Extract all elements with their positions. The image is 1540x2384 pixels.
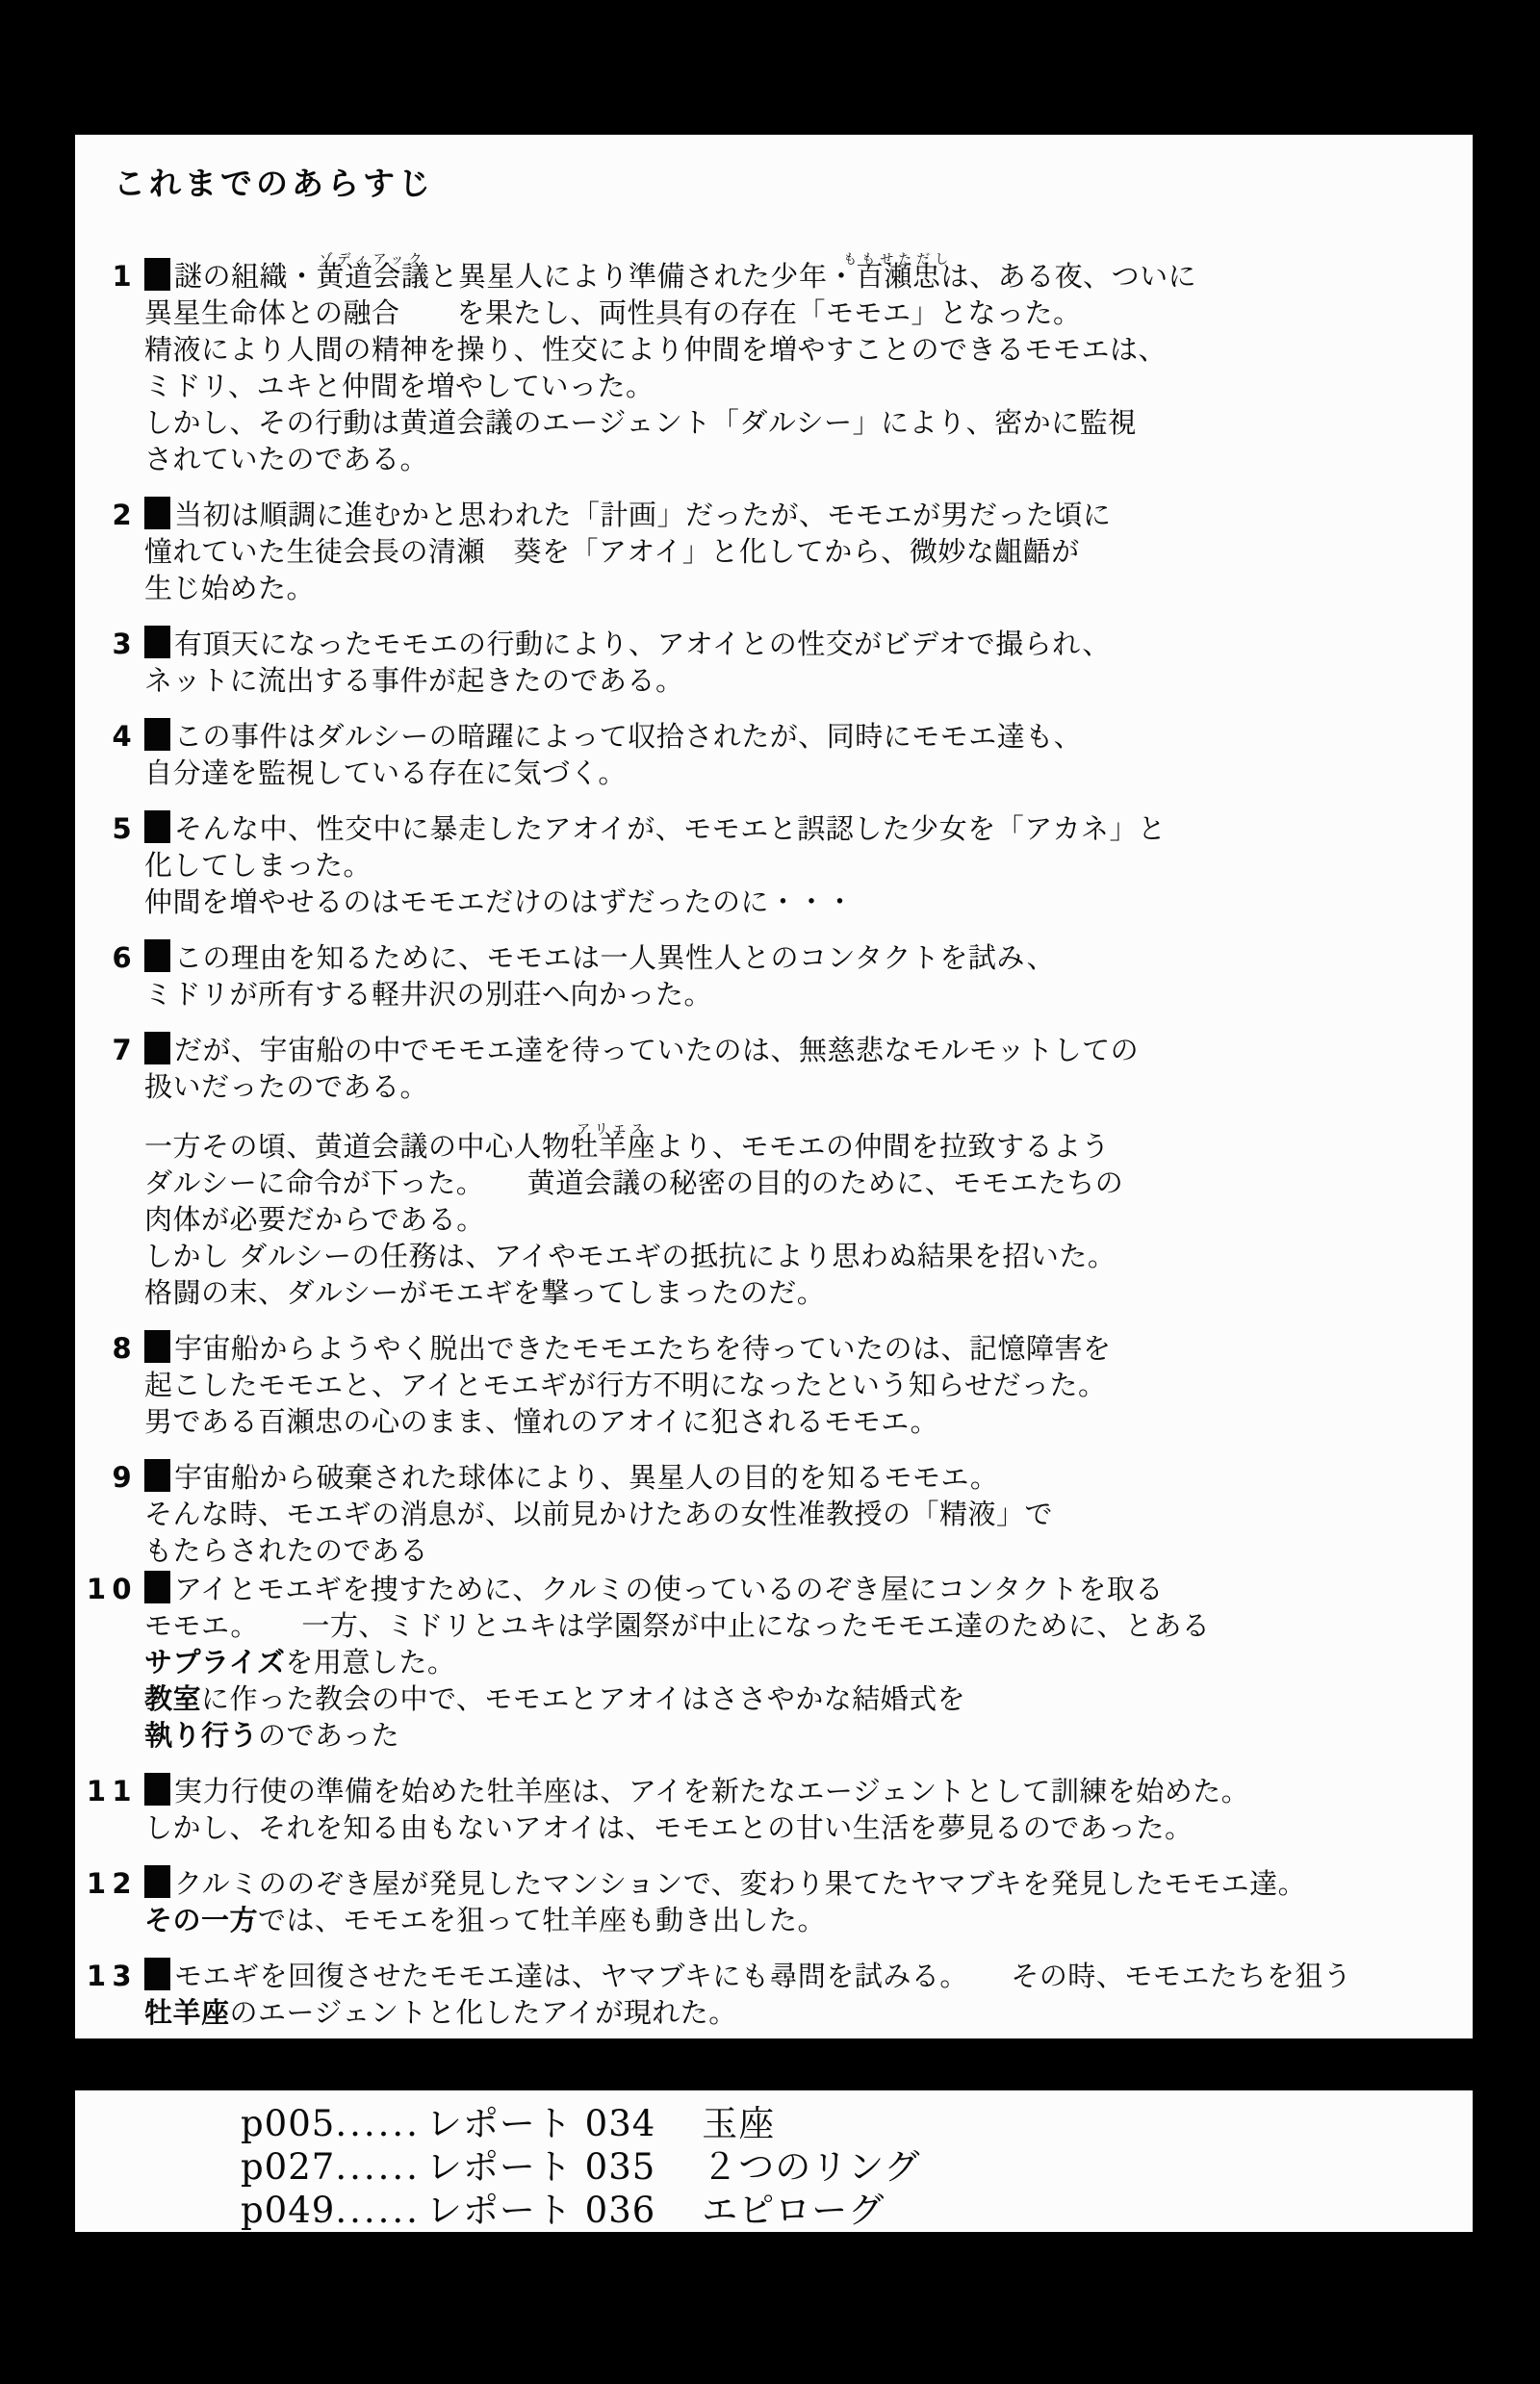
- scan-background: { "page": { "background": "#000000", "pa…: [0, 0, 1540, 2384]
- toc-row: p005......レポート 034玉座: [241, 2102, 1473, 2145]
- synopsis-line: 一方その頃、黄道会議の中心人物牡羊座アリエスより、モモエの仲間を拉致するよう: [144, 1128, 1438, 1165]
- synopsis-line: 男である百瀬忠の心のまま、憧れのアオイに犯されるモモエ。: [144, 1403, 1438, 1440]
- bullet-square-icon: [144, 258, 170, 291]
- text-run: サプライズ: [144, 1646, 285, 1679]
- page-title: これまでのあらすじ: [114, 166, 1438, 202]
- text-run: のであった: [258, 1719, 399, 1752]
- synopsis-line: 宇宙船からようやく脱出できたモモエたちを待っていたのは、記憶障害を: [144, 1330, 1438, 1367]
- paragraph-number: 8: [112, 1330, 138, 1367]
- text-run: は、ある夜、ついに: [941, 260, 1197, 293]
- ruby-annotated-text: 黄道会議ゾディアック: [317, 258, 430, 295]
- paragraph-number: 6: [112, 939, 138, 976]
- synopsis-paragraph: 8宇宙船からようやく脱出できたモモエたちを待っていたのは、記憶障害を起こしたモモ…: [144, 1330, 1438, 1440]
- furigana-reading: アリエス: [577, 1112, 649, 1148]
- text-run: 格闘の末、ダルシーがモエギを撃ってしまったのだ。: [144, 1276, 825, 1309]
- bullet-square-icon: [144, 1032, 170, 1064]
- text-run: 異星生命体との融合 を果たし、両性具有の存在「モモエ」となった。: [144, 296, 1082, 329]
- toc-page-number: p027: [241, 2146, 335, 2188]
- text-run: 男である百瀬忠の心のまま、憧れのアオイに犯されるモモエ。: [144, 1405, 938, 1438]
- synopsis-line: 生じ始めた。: [144, 570, 1438, 606]
- text-run: 一方その頃、黄道会議の中心人物: [144, 1130, 571, 1163]
- synopsis-paragraph: 9宇宙船から破棄された球体により、異星人の目的を知るモモエ。そんな時、モエギの消…: [144, 1459, 1438, 1569]
- bullet-square-icon: [144, 1958, 170, 1990]
- synopsis-line: ネットに流出する事件が起きたのである。: [144, 662, 1438, 699]
- synopsis-line: 謎の組織・黄道会議ゾディアックと異星人により準備された少年・百瀬忠ももせただしは…: [144, 258, 1438, 295]
- text-run: 扱いだったのである。: [144, 1070, 428, 1103]
- synopsis-line: 教室に作った教会の中で、モモエとアオイはささやかな結婚式を: [144, 1680, 1438, 1717]
- synopsis-line: されていたのである。: [144, 441, 1438, 477]
- synopsis-paragraph: 2当初は順調に進むかと思われた「計画」だったが、モモエが男だった頃に憧れていた生…: [144, 497, 1438, 606]
- text-run: 精液により人間の精神を操り、性交により仲間を増やすことのできるモモエは、: [144, 333, 1167, 366]
- synopsis-paragraph: 4この事件はダルシーの暗躍によって収拾されたが、同時にモモエ達も、自分達を監視し…: [144, 718, 1438, 791]
- bullet-square-icon: [144, 939, 170, 972]
- text-run: に作った教会の中で、モモエとアオイはささやかな結婚式を: [201, 1682, 965, 1715]
- paragraph-number: 9: [112, 1459, 138, 1496]
- text-run: 執り行う: [144, 1719, 258, 1752]
- furigana-reading: ゾディアック: [320, 242, 427, 278]
- synopsis-paragraph: 12クルミののぞき屋が発見したマンションで、変わり果てたヤマブキを発見したモモエ…: [144, 1865, 1438, 1938]
- toc-row-list: p005......レポート 034玉座p027......レポート 035２つ…: [241, 2102, 1473, 2232]
- synopsis-line: 精液により人間の精神を操り、性交により仲間を増やすことのできるモモエは、: [144, 331, 1438, 368]
- synopsis-line: 格闘の末、ダルシーがモエギを撃ってしまったのだ。: [144, 1274, 1438, 1311]
- toc-chapter-title: エピローグ: [702, 2190, 885, 2231]
- text-run: 仲間を増やせるのはモモエだけのはずだったのに・・・: [144, 885, 855, 918]
- synopsis-paragraph: 10アイとモエギを捜すために、クルミの使っているのぞき屋にコンタクトを取るモモエ…: [144, 1571, 1438, 1754]
- synopsis-line: 当初は順調に進むかと思われた「計画」だったが、モモエが男だった頃に: [144, 497, 1438, 533]
- synopsis-paragraph: 11実力行使の準備を始めた牡羊座は、アイを新たなエージェントとして訓練を始めた。…: [144, 1773, 1438, 1846]
- synopsis-paragraph: 13モエギを回復させたモモエ達は、ヤマブキにも尋問を試みる。 その時、モモエたち…: [144, 1958, 1438, 2031]
- text-run: アイとモエギを捜すために、クルミの使っているのぞき屋にコンタクトを取る: [174, 1573, 1164, 1605]
- toc-leader-dots: ......: [335, 2190, 421, 2231]
- synopsis-line: 実力行使の準備を始めた牡羊座は、アイを新たなエージェントとして訓練を始めた。: [144, 1773, 1438, 1809]
- synopsis-line: 牡羊座のエージェントと化したアイが現れた。: [144, 1994, 1438, 2031]
- synopsis-line: 扱いだったのである。: [144, 1068, 1438, 1105]
- synopsis-line: そんな中、性交中に暴走したアオイが、モモエと誤認した少女を「アカネ」と: [144, 810, 1438, 847]
- text-run: ミドリ、ユキと仲間を増やしていった。: [144, 370, 654, 402]
- text-run: を用意した。: [285, 1646, 455, 1679]
- synopsis-paragraph: 1謎の組織・黄道会議ゾディアックと異星人により準備された少年・百瀬忠ももせただし…: [144, 258, 1438, 477]
- text-run: 自分達を監視している存在に気づく。: [144, 756, 627, 789]
- bullet-square-icon: [144, 497, 170, 529]
- synopsis-line: 化してしまった。: [144, 847, 1438, 884]
- text-run: しかし ダルシーの任務は、アイやモエギの抵抗により思わぬ結果を招いた。: [144, 1240, 1116, 1272]
- toc-report-label: レポート 035: [426, 2146, 655, 2188]
- synopsis-line: 異星生命体との融合 を果たし、両性具有の存在「モモエ」となった。: [144, 295, 1438, 331]
- toc-report-label: レポート 034: [426, 2103, 655, 2144]
- synopsis-line: 肉体が必要だからである。: [144, 1201, 1438, 1238]
- bullet-square-icon: [144, 718, 170, 751]
- text-run: 肉体が必要だからである。: [144, 1203, 485, 1236]
- toc-row: p027......レポート 035２つのリング: [241, 2145, 1473, 2189]
- bullet-square-icon: [144, 1865, 170, 1898]
- paragraph-number: 10: [87, 1571, 138, 1607]
- paragraph-number: 1: [112, 258, 138, 295]
- synopsis-line: この理由を知るために、モモエは一人異性人とのコンタクトを試み、: [144, 939, 1438, 976]
- synopsis-line: 起こしたモモエと、アイとモエギが行方不明になったという知らせだった。: [144, 1367, 1438, 1403]
- synopsis-line: クルミののぞき屋が発見したマンションで、変わり果てたヤマブキを発見したモモエ達。: [144, 1865, 1438, 1902]
- toc-chapter-title: ２つのリング: [702, 2146, 920, 2188]
- synopsis-line: 憧れていた生徒会長の清瀬 葵を「アオイ」と化してから、微妙な齟齬が: [144, 533, 1438, 570]
- text-run: 実力行使の準備を始めた牡羊座は、アイを新たなエージェントとして訓練を始めた。: [174, 1775, 1249, 1807]
- text-run: だが、宇宙船の中でモモエ達を待っていたのは、無慈悲なモルモットしての: [174, 1034, 1139, 1066]
- text-run: そんな時、モエギの消息が、以前見かけたあの女性准教授の「精液」で: [144, 1498, 1053, 1530]
- paragraph-number: 3: [112, 626, 138, 662]
- synopsis-line: モモエ。 一方、ミドリとユキは学園祭が中止になったモモエ達のために、とある: [144, 1607, 1438, 1644]
- text-run: しかし、その行動は黄道会議のエージェント「ダルシー」により、密かに監視: [144, 406, 1137, 439]
- synopsis-line: そんな時、モエギの消息が、以前見かけたあの女性准教授の「精液」で: [144, 1496, 1438, 1532]
- paragraph-number: 2: [112, 497, 138, 533]
- toc-chapter-title: 玉座: [702, 2103, 775, 2144]
- text-run: この事件はダルシーの暗躍によって収拾されたが、同時にモモエ達も、: [174, 720, 1082, 753]
- synopsis-line: しかし ダルシーの任務は、アイやモエギの抵抗により思わぬ結果を招いた。: [144, 1238, 1438, 1274]
- synopsis-line: ミドリ、ユキと仲間を増やしていった。: [144, 368, 1438, 404]
- paragraph-number: 7: [112, 1032, 138, 1068]
- text-run: モエギを回復させたモモエ達は、ヤマブキにも尋問を試みる。 その時、モモエたちを狙…: [174, 1960, 1351, 1992]
- toc-page-number: p049: [241, 2190, 335, 2231]
- synopsis-line: だが、宇宙船の中でモモエ達を待っていたのは、無慈悲なモルモットしての: [144, 1032, 1438, 1068]
- text-run: 有頂天になったモモエの行動により、アオイとの性交がビデオで撮られ、: [174, 628, 1111, 660]
- ruby-annotated-text: 牡羊座アリエス: [571, 1128, 656, 1165]
- text-run: 起こしたモモエと、アイとモエギが行方不明になったという知らせだった。: [144, 1369, 1107, 1401]
- text-run: 牡羊座: [144, 1996, 230, 2029]
- synopsis-line: 執り行うのであった: [144, 1717, 1438, 1754]
- synopsis-line: 仲間を増やせるのはモモエだけのはずだったのに・・・: [144, 884, 1438, 920]
- paragraph-number: 4: [112, 718, 138, 755]
- text-run: 宇宙船から破棄された球体により、異星人の目的を知るモモエ。: [174, 1461, 998, 1494]
- furigana-reading: ももせただし: [843, 242, 953, 278]
- synopsis-line: 宇宙船から破棄された球体により、異星人の目的を知るモモエ。: [144, 1459, 1438, 1496]
- paragraph-number: 13: [87, 1958, 138, 1994]
- text-run: のエージェントと化したアイが現れた。: [230, 1996, 737, 2029]
- text-run: しかし、それを知る由もないアオイは、モモエとの甘い生活を夢見るのであった。: [144, 1811, 1193, 1844]
- text-run: ミドリが所有する軽井沢の別荘へ向かった。: [144, 978, 712, 1011]
- bullet-square-icon: [144, 1459, 170, 1492]
- bullet-square-icon: [144, 810, 170, 843]
- synopsis-line: しかし、それを知る由もないアオイは、モモエとの甘い生活を夢見るのであった。: [144, 1809, 1438, 1846]
- text-run: 教室: [144, 1682, 201, 1715]
- bullet-square-icon: [144, 626, 170, 658]
- synopsis-line: その一方では、モモエを狙って牡羊座も動き出した。: [144, 1902, 1438, 1938]
- synopsis-line: アイとモエギを捜すために、クルミの使っているのぞき屋にコンタクトを取る: [144, 1571, 1438, 1607]
- synopsis-line: ミドリが所有する軽井沢の別荘へ向かった。: [144, 976, 1438, 1013]
- synopsis-line: サプライズを用意した。: [144, 1644, 1438, 1680]
- synopsis-line: 自分達を監視している存在に気づく。: [144, 755, 1438, 791]
- table-of-contents-panel: p005......レポート 034玉座p027......レポート 035２つ…: [75, 2090, 1473, 2232]
- synopsis-paragraph: 6この理由を知るために、モモエは一人異性人とのコンタクトを試み、ミドリが所有する…: [144, 939, 1438, 1013]
- toc-leader-dots: ......: [335, 2146, 421, 2188]
- text-run: モモエ。 一方、ミドリとユキは学園祭が中止になったモモエ達のために、とある: [144, 1609, 1210, 1642]
- toc-row: p049......レポート 036エピローグ: [241, 2189, 1473, 2232]
- bullet-square-icon: [144, 1330, 170, 1363]
- text-run: より、モモエの仲間を拉致するよう: [655, 1130, 1110, 1163]
- text-run: この理由を知るために、モモエは一人異性人とのコンタクトを試み、: [174, 941, 1055, 974]
- ruby-annotated-text: 百瀬忠ももせただし: [856, 258, 941, 295]
- bullet-square-icon: [144, 1773, 170, 1806]
- text-run: その一方: [144, 1904, 258, 1936]
- text-run: クルミののぞき屋が発見したマンションで、変わり果てたヤマブキを発見したモモエ達。: [174, 1867, 1306, 1900]
- synopsis-paragraph: 7だが、宇宙船の中でモモエ達を待っていたのは、無慈悲なモルモットしての扱いだった…: [144, 1032, 1438, 1311]
- synopsis-line: しかし、その行動は黄道会議のエージェント「ダルシー」により、密かに監視: [144, 404, 1438, 441]
- synopsis-paragraph-list: 1謎の組織・黄道会議ゾディアックと異星人により準備された少年・百瀬忠ももせただし…: [114, 258, 1438, 2031]
- toc-report-label: レポート 036: [426, 2190, 655, 2231]
- bullet-square-icon: [144, 1571, 170, 1603]
- text-run: 生じ始めた。: [144, 572, 315, 604]
- toc-page-number: p005: [241, 2103, 335, 2144]
- paragraph-number: 12: [87, 1865, 138, 1902]
- paragraph-number: 5: [112, 810, 138, 847]
- text-run: されていたのである。: [144, 443, 428, 475]
- text-run: 化してしまった。: [144, 849, 372, 882]
- synopsis-line: ダルシーに命令が下った。 黄道会議の秘密の目的のために、モモエたちの: [144, 1165, 1438, 1201]
- text-run: 当初は順調に進むかと思われた「計画」だったが、モモエが男だった頃に: [174, 499, 1112, 531]
- toc-leader-dots: ......: [335, 2103, 421, 2144]
- synopsis-line: モエギを回復させたモモエ達は、ヤマブキにも尋問を試みる。 その時、モモエたちを狙…: [144, 1958, 1438, 1994]
- text-run: 憧れていた生徒会長の清瀬 葵を「アオイ」と化してから、微妙な齟齬が: [144, 535, 1080, 568]
- paragraph-number: 11: [87, 1773, 138, 1809]
- text-run: と異星人により準備された少年・: [430, 260, 857, 293]
- text-run: もたらされたのである: [144, 1534, 428, 1567]
- text-run: そんな中、性交中に暴走したアオイが、モモエと誤認した少女を「アカネ」と: [174, 812, 1166, 845]
- synopsis-panel: これまでのあらすじ 1謎の組織・黄道会議ゾディアックと異星人により準備された少年…: [75, 135, 1473, 2038]
- synopsis-line: もたらされたのである: [144, 1532, 1438, 1569]
- synopsis-line: この事件はダルシーの暗躍によって収拾されたが、同時にモモエ達も、: [144, 718, 1438, 755]
- text-run: ネットに流出する事件が起きたのである。: [144, 664, 684, 697]
- text-run: 謎の組織・: [174, 260, 317, 293]
- synopsis-paragraph: 5そんな中、性交中に暴走したアオイが、モモエと誤認した少女を「アカネ」と化してし…: [144, 810, 1438, 920]
- text-run: 宇宙船からようやく脱出できたモモエたちを待っていたのは、記憶障害を: [174, 1332, 1112, 1365]
- synopsis-line: 有頂天になったモモエの行動により、アオイとの性交がビデオで撮られ、: [144, 626, 1438, 662]
- synopsis-paragraph: 3有頂天になったモモエの行動により、アオイとの性交がビデオで撮られ、ネットに流出…: [144, 626, 1438, 699]
- text-run: ダルシーに命令が下った。 黄道会議の秘密の目的のために、モモエたちの: [144, 1166, 1123, 1199]
- text-run: では、モモエを狙って牡羊座も動き出した。: [258, 1904, 826, 1936]
